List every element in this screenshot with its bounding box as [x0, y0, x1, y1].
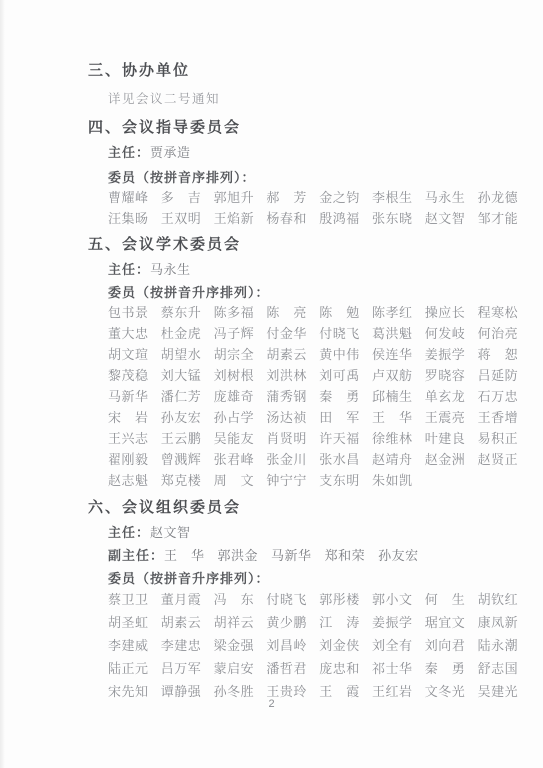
member-name: 吕延防 [478, 365, 531, 386]
member-name: 何发岐 [425, 323, 478, 344]
member-name: 葛洪魁 [372, 323, 425, 344]
member-name: 赵靖舟 [372, 449, 425, 470]
member-name: 付晓飞 [266, 588, 319, 611]
member-name: 姜振学 [425, 344, 478, 365]
member-name: 秦 勇 [425, 657, 478, 680]
member-name: 金之钧 [319, 187, 372, 208]
member-name: 吕万军 [161, 657, 214, 680]
member-name: 胡宗全 [214, 344, 267, 365]
member-name: 黄少鹏 [266, 611, 319, 634]
member-name: 陈 勉 [319, 302, 372, 323]
role-line: 委员（按拼音升序排列）： [108, 284, 543, 301]
member-row: 李建威李建忠梁金强刘昌岭刘金侠刘全有刘向君陆永潮 [108, 634, 532, 657]
member-name: 刘可禹 [319, 365, 372, 386]
member-row: 董大忠杜金虎冯子辉付金华付晓飞葛洪魁何发岐何治亮 [108, 323, 532, 344]
member-name: 罗晓容 [425, 365, 478, 386]
member-name: 孙占学 [214, 407, 267, 428]
member-name: 杨春和 [266, 208, 319, 229]
member-name: 刘大锰 [161, 365, 214, 386]
role-line: 主任：马永生 [108, 261, 543, 278]
member-row: 胡圣虹胡素云胡祥云黄少鹏江 涛姜振学琚宜文康凤新 [108, 611, 532, 634]
member-name: 吴能友 [214, 428, 267, 449]
role-label: 委员（按拼音序排列）： [108, 170, 256, 185]
member-row: 胡文瑄胡望水胡宗全胡素云黄中伟侯连华姜振学蒋 恕 [108, 344, 532, 365]
member-name: 张水昌 [319, 449, 372, 470]
member-name: 冯 东 [214, 588, 267, 611]
member-name: 舒志国 [478, 657, 531, 680]
member-name: 赵志魁 [108, 470, 161, 491]
role-label: 委员（按拼音升序排列）： [108, 285, 270, 300]
member-name: 曾溅辉 [161, 449, 214, 470]
member-name: 王香增 [478, 407, 531, 428]
section-co-organizers: 三、协办单位详见会议二号通知 [0, 62, 543, 108]
member-name: 朱如凯 [372, 470, 425, 491]
member-name: 许天福 [319, 428, 372, 449]
role-label: 委员（按拼音升序排列）： [108, 571, 270, 586]
role-label: 主任： [108, 262, 150, 277]
member-name: 石万忠 [478, 386, 531, 407]
member-name: 杜金虎 [161, 323, 214, 344]
member-row: 宋 岩孙友宏孙占学汤达祯田 军王 华王震亮王香增 [108, 407, 532, 428]
member-name: 董月霞 [161, 588, 214, 611]
role-name: 马永生 [150, 262, 191, 277]
member-row: 陆正元吕万军蒙启安潘哲君庞忠和祁士华秦 勇舒志国 [108, 657, 532, 680]
member-name: 刘金侠 [319, 634, 372, 657]
role-line: 副主任：王 华郭洪金马新华郑和荣孙友宏 [108, 547, 543, 564]
member-name: 徐维林 [372, 428, 425, 449]
member-name: 秦 勇 [319, 386, 372, 407]
member-name: 郝 芳 [266, 187, 319, 208]
member-name: 孙友宏 [161, 407, 214, 428]
member-name: 黄中伟 [319, 344, 372, 365]
member-name: 单玄龙 [425, 386, 478, 407]
member-name: 叶建良 [425, 428, 478, 449]
member-row: 蔡卫卫董月霞冯 东付晓飞郭彤楼郭小文何 生胡钦红 [108, 588, 532, 611]
member-name: 胡祥云 [214, 611, 267, 634]
role-name: 贾承造 [150, 145, 191, 160]
member-name: 程寒松 [478, 302, 531, 323]
section-heading: 四、会议指导委员会 [88, 119, 543, 136]
member-name: 王云鹏 [161, 428, 214, 449]
member-name: 刘树根 [214, 365, 267, 386]
member-name: 郭小文 [372, 588, 425, 611]
member-name: 曹耀峰 [108, 187, 161, 208]
member-name: 周 文 [214, 470, 267, 491]
member-name: 陈孝红 [372, 302, 425, 323]
member-name: 翟刚毅 [108, 449, 161, 470]
member-name: 李根生 [372, 187, 425, 208]
page-number: 2 [0, 698, 543, 711]
section-note: 详见会议二号通知 [108, 91, 543, 108]
member-row: 赵志魁郑克楼周 文钟宁宁支东明朱如凯 [108, 470, 532, 491]
member-name: 孙龙德 [478, 187, 531, 208]
member-name: 侯连华 [372, 344, 425, 365]
role-name: 郑和荣 [325, 548, 366, 563]
section-heading: 六、会议组织委员会 [88, 499, 543, 516]
member-name: 刘向君 [425, 634, 478, 657]
member-name: 胡文瑄 [108, 344, 161, 365]
member-name: 江 涛 [319, 611, 372, 634]
member-name: 何治亮 [478, 323, 531, 344]
member-name: 康凤新 [478, 611, 531, 634]
member-name: 操应长 [425, 302, 478, 323]
member-row: 汪集旸王双明王焰新杨春和殷鸿福张东晓赵文智邹才能 [108, 208, 532, 229]
member-name: 宋 岩 [108, 407, 161, 428]
member-row: 黎茂稳刘大锰刘树根刘洪林刘可禹卢双舫罗晓容吕延防 [108, 365, 532, 386]
member-name: 支东明 [319, 470, 372, 491]
member-grid: 包书景蔡东升陈多福陈 亮陈 勉陈孝红操应长程寒松董大忠杜金虎冯子辉付金华付晓飞葛… [108, 302, 532, 491]
member-name: 张金川 [266, 449, 319, 470]
member-name: 蒋 恕 [478, 344, 531, 365]
role-name: 赵文智 [150, 525, 191, 540]
role-name: 孙友宏 [378, 548, 419, 563]
member-name: 邱楠生 [372, 386, 425, 407]
role-label: 主任： [108, 525, 150, 540]
role-line: 委员（按拼音序排列）： [108, 169, 543, 186]
section-heading: 三、协办单位 [88, 62, 543, 79]
member-name: 蒲秀钢 [266, 386, 319, 407]
role-label: 主任： [108, 145, 150, 160]
member-name: 肖贤明 [266, 428, 319, 449]
member-name: 胡素云 [266, 344, 319, 365]
member-name: 王 华 [372, 407, 425, 428]
member-name: 刘昌岭 [266, 634, 319, 657]
member-name: 赵金洲 [425, 449, 478, 470]
member-name: 梁金强 [214, 634, 267, 657]
member-name: 张东晓 [372, 208, 425, 229]
role-label: 副主任： [108, 548, 164, 563]
member-name: 潘仁芳 [161, 386, 214, 407]
document-body: 三、协办单位详见会议二号通知四、会议指导委员会主任：贾承造委员（按拼音序排列）：… [0, 62, 543, 703]
member-row: 翟刚毅曾溅辉张君峰张金川张水昌赵靖舟赵金洲赵贤正 [108, 449, 532, 470]
member-name: 刘洪林 [266, 365, 319, 386]
member-name: 董大忠 [108, 323, 161, 344]
member-name: 何 生 [425, 588, 478, 611]
member-name: 郭旭升 [214, 187, 267, 208]
role-line: 主任：赵文智 [108, 524, 543, 541]
member-row: 曹耀峰多 吉郭旭升郝 芳金之钧李根生马永生孙龙德 [108, 187, 532, 208]
member-name: 蒙启安 [214, 657, 267, 680]
member-row: 王兴志王云鹏吴能友肖贤明许天福徐维林叶建良易积正 [108, 428, 532, 449]
member-name: 郑克楼 [161, 470, 214, 491]
member-name: 庞忠和 [319, 657, 372, 680]
member-name: 付金华 [266, 323, 319, 344]
member-name: 潘哲君 [266, 657, 319, 680]
member-name: 王震亮 [425, 407, 478, 428]
member-name: 马新华 [108, 386, 161, 407]
section-guidance-committee: 四、会议指导委员会主任：贾承造委员（按拼音序排列）：曹耀峰多 吉郭旭升郝 芳金之… [0, 119, 543, 229]
member-name: 赵贤正 [478, 449, 531, 470]
member-name: 殷鸿福 [319, 208, 372, 229]
member-grid: 蔡卫卫董月霞冯 东付晓飞郭彤楼郭小文何 生胡钦红胡圣虹胡素云胡祥云黄少鹏江 涛姜… [108, 588, 532, 703]
member-row: 马新华潘仁芳庞雄奇蒲秀钢秦 勇邱楠生单玄龙石万忠 [108, 386, 532, 407]
member-name: 邹才能 [478, 208, 531, 229]
member-name: 冯子辉 [214, 323, 267, 344]
role-line: 主任：贾承造 [108, 144, 543, 161]
member-name: 胡圣虹 [108, 611, 161, 634]
role-name: 郭洪金 [218, 548, 259, 563]
role-name: 王 华 [164, 548, 205, 563]
member-name: 王兴志 [108, 428, 161, 449]
member-name: 包书景 [108, 302, 161, 323]
member-name: 易积正 [478, 428, 531, 449]
section-heading: 五、会议学术委员会 [88, 236, 543, 253]
member-name: 赵文智 [425, 208, 478, 229]
member-name: 姜振学 [372, 611, 425, 634]
member-name: 陈多福 [214, 302, 267, 323]
member-name: 卢双舫 [372, 365, 425, 386]
member-name: 汤达祯 [266, 407, 319, 428]
member-name: 多 吉 [161, 187, 214, 208]
member-name: 李建威 [108, 634, 161, 657]
document-page: 三、协办单位详见会议二号通知四、会议指导委员会主任：贾承造委员（按拼音序排列）：… [0, 0, 543, 768]
section-organizing-committee: 六、会议组织委员会主任：赵文智副主任：王 华郭洪金马新华郑和荣孙友宏委员（按拼音… [0, 499, 543, 703]
member-name: 李建忠 [161, 634, 214, 657]
member-name: 张君峰 [214, 449, 267, 470]
section-academic-committee: 五、会议学术委员会主任：马永生委员（按拼音升序排列）：包书景蔡东升陈多福陈 亮陈… [0, 236, 543, 491]
member-name: 陆永潮 [478, 634, 531, 657]
member-grid: 曹耀峰多 吉郭旭升郝 芳金之钧李根生马永生孙龙德汪集旸王双明王焰新杨春和殷鸿福张… [108, 187, 532, 229]
member-name: 王焰新 [214, 208, 267, 229]
member-name: 黎茂稳 [108, 365, 161, 386]
role-line: 委员（按拼音升序排列）： [108, 570, 543, 587]
member-name: 田 军 [319, 407, 372, 428]
role-name: 马新华 [271, 548, 312, 563]
member-name: 汪集旸 [108, 208, 161, 229]
member-name: 付晓飞 [319, 323, 372, 344]
member-name: 蔡东升 [161, 302, 214, 323]
member-name: 胡望水 [161, 344, 214, 365]
member-name: 琚宜文 [425, 611, 478, 634]
member-name: 马永生 [425, 187, 478, 208]
member-name: 陈 亮 [266, 302, 319, 323]
member-name: 胡钦红 [478, 588, 531, 611]
member-name: 陆正元 [108, 657, 161, 680]
member-name: 刘全有 [372, 634, 425, 657]
member-name: 郭彤楼 [319, 588, 372, 611]
member-name: 庞雄奇 [214, 386, 267, 407]
member-name: 王双明 [161, 208, 214, 229]
member-row: 包书景蔡东升陈多福陈 亮陈 勉陈孝红操应长程寒松 [108, 302, 532, 323]
member-name: 胡素云 [161, 611, 214, 634]
member-name: 祁士华 [372, 657, 425, 680]
member-name: 钟宁宁 [266, 470, 319, 491]
member-name: 蔡卫卫 [108, 588, 161, 611]
